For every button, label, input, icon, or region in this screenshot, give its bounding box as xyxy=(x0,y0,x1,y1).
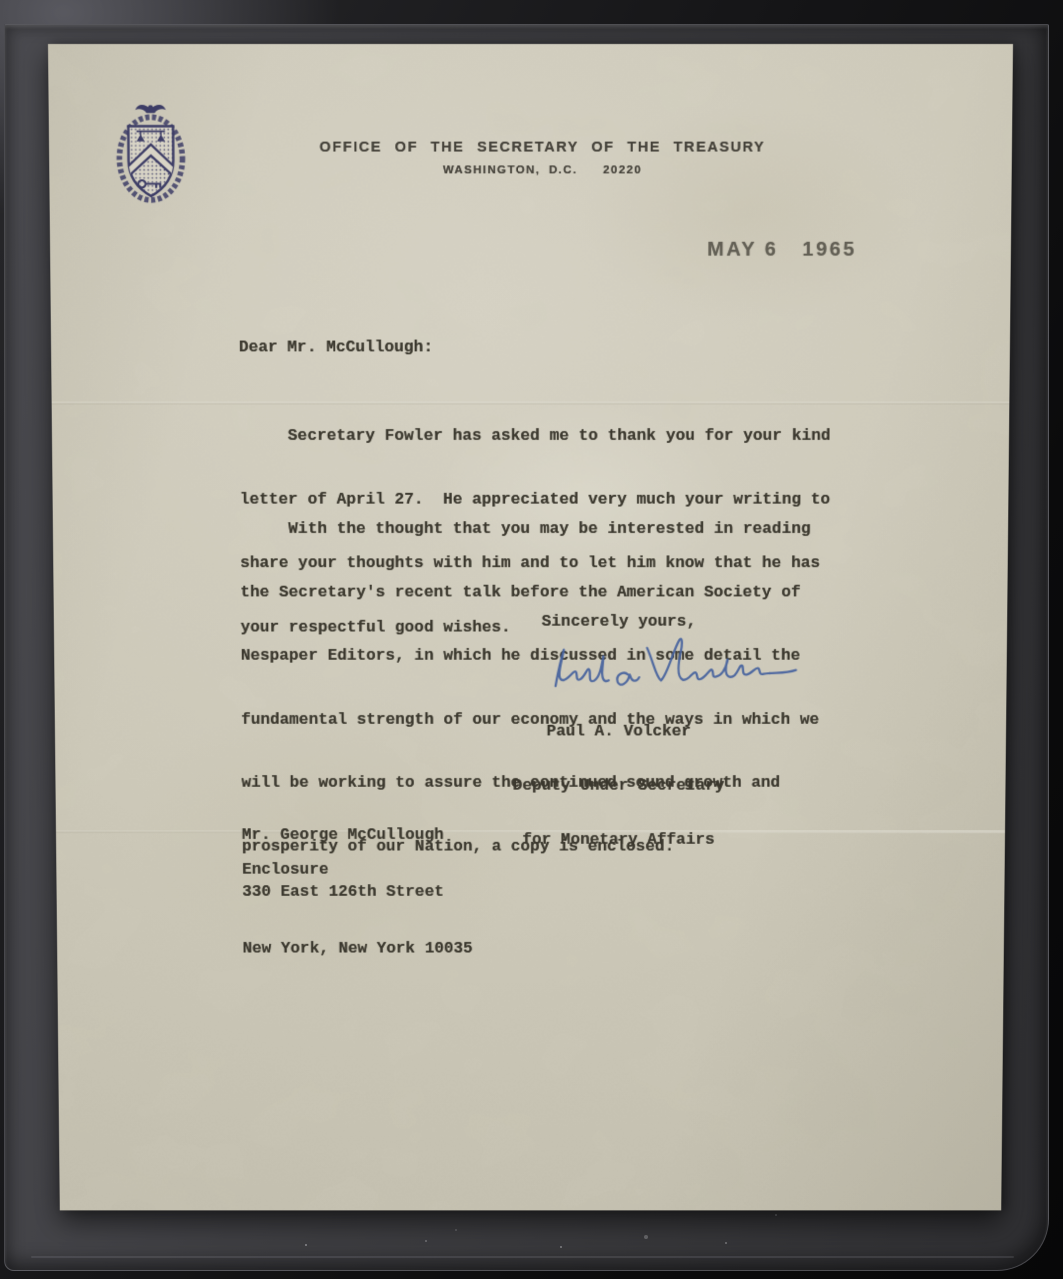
enclosure-note: Enclosure xyxy=(242,859,329,880)
dust-specks xyxy=(305,1244,307,1246)
salutation: Dear Mr. McCullough: xyxy=(239,337,433,358)
recipient-city: New York, New York 10035 xyxy=(243,939,473,958)
letterhead: OFFICE OF THE SECRETARY OF THE TREASURY … xyxy=(49,140,1012,177)
letterhead-city-line: WASHINGTON, D.C. 20220 xyxy=(73,164,1012,176)
recipient-street: 330 East 126th Street xyxy=(242,882,472,901)
recipient-address: Mr. George McCullough 330 East 126th Str… xyxy=(242,788,473,996)
signature-handwriting xyxy=(541,625,801,692)
signer-name: Paul A. Volcker xyxy=(469,722,769,740)
letter-paper: OFFICE OF THE SECRETARY OF THE TREASURY … xyxy=(48,44,1013,1210)
photo-of-letter: OFFICE OF THE SECRETARY OF THE TREASURY … xyxy=(0,0,1063,1279)
letterhead-office-line: OFFICE OF THE SECRETARY OF THE TREASURY xyxy=(73,140,1012,156)
date-stamp: MAY 6 1965 xyxy=(707,239,857,262)
signer-block: Paul A. Volcker Deputy Under Secretary f… xyxy=(469,686,769,886)
body-line: the Secretary's recent talk before the A… xyxy=(240,582,820,603)
body-line: Secretary Fowler has asked me to thank y… xyxy=(239,425,830,446)
body-line: With the thought that you may be interes… xyxy=(240,518,820,539)
recipient-name: Mr. George McCullough xyxy=(242,826,473,845)
signer-title-line-2: for Monetary Affairs xyxy=(469,832,768,850)
signer-title-line-1: Deputy Under Secretary xyxy=(469,777,768,795)
paper-stain xyxy=(578,104,918,322)
